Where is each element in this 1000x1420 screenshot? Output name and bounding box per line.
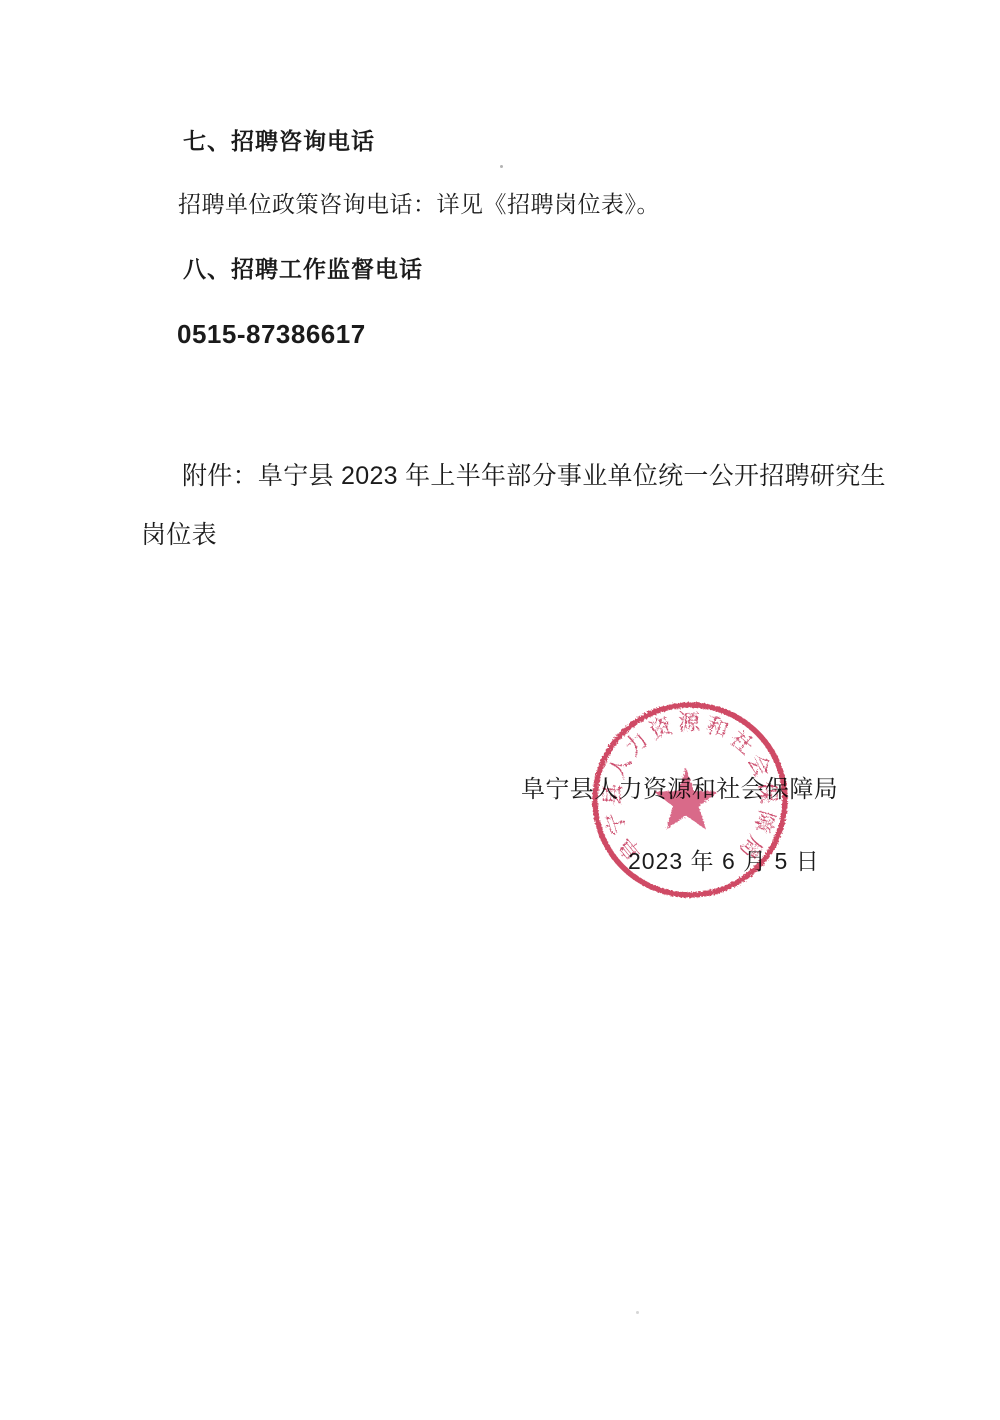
- section7-heading: 七、招聘咨询电话: [183, 128, 375, 154]
- section8-heading: 八、招聘工作监督电话: [183, 256, 423, 282]
- scan-artifact-dot: [500, 165, 503, 168]
- attachment-line-1: 附件：阜宁县 2023 年上半年部分事业单位统一公开招聘研究生: [182, 462, 886, 491]
- issuer-name: 阜宁县人力资源和社会保障局: [521, 776, 838, 804]
- supervision-phone: 0515-87386617: [177, 320, 366, 350]
- document-page: 七、招聘咨询电话 招聘单位政策咨询电话：详见《招聘岗位表》。 八、招聘工作监督电…: [0, 0, 1000, 1420]
- attachment-line-2: 岗位表: [141, 521, 217, 550]
- issue-date: 2023 年 6 月 5 日: [628, 848, 820, 874]
- scan-artifact-dot: [636, 1311, 639, 1314]
- section7-body: 招聘单位政策咨询电话：详见《招聘岗位表》。: [178, 191, 660, 217]
